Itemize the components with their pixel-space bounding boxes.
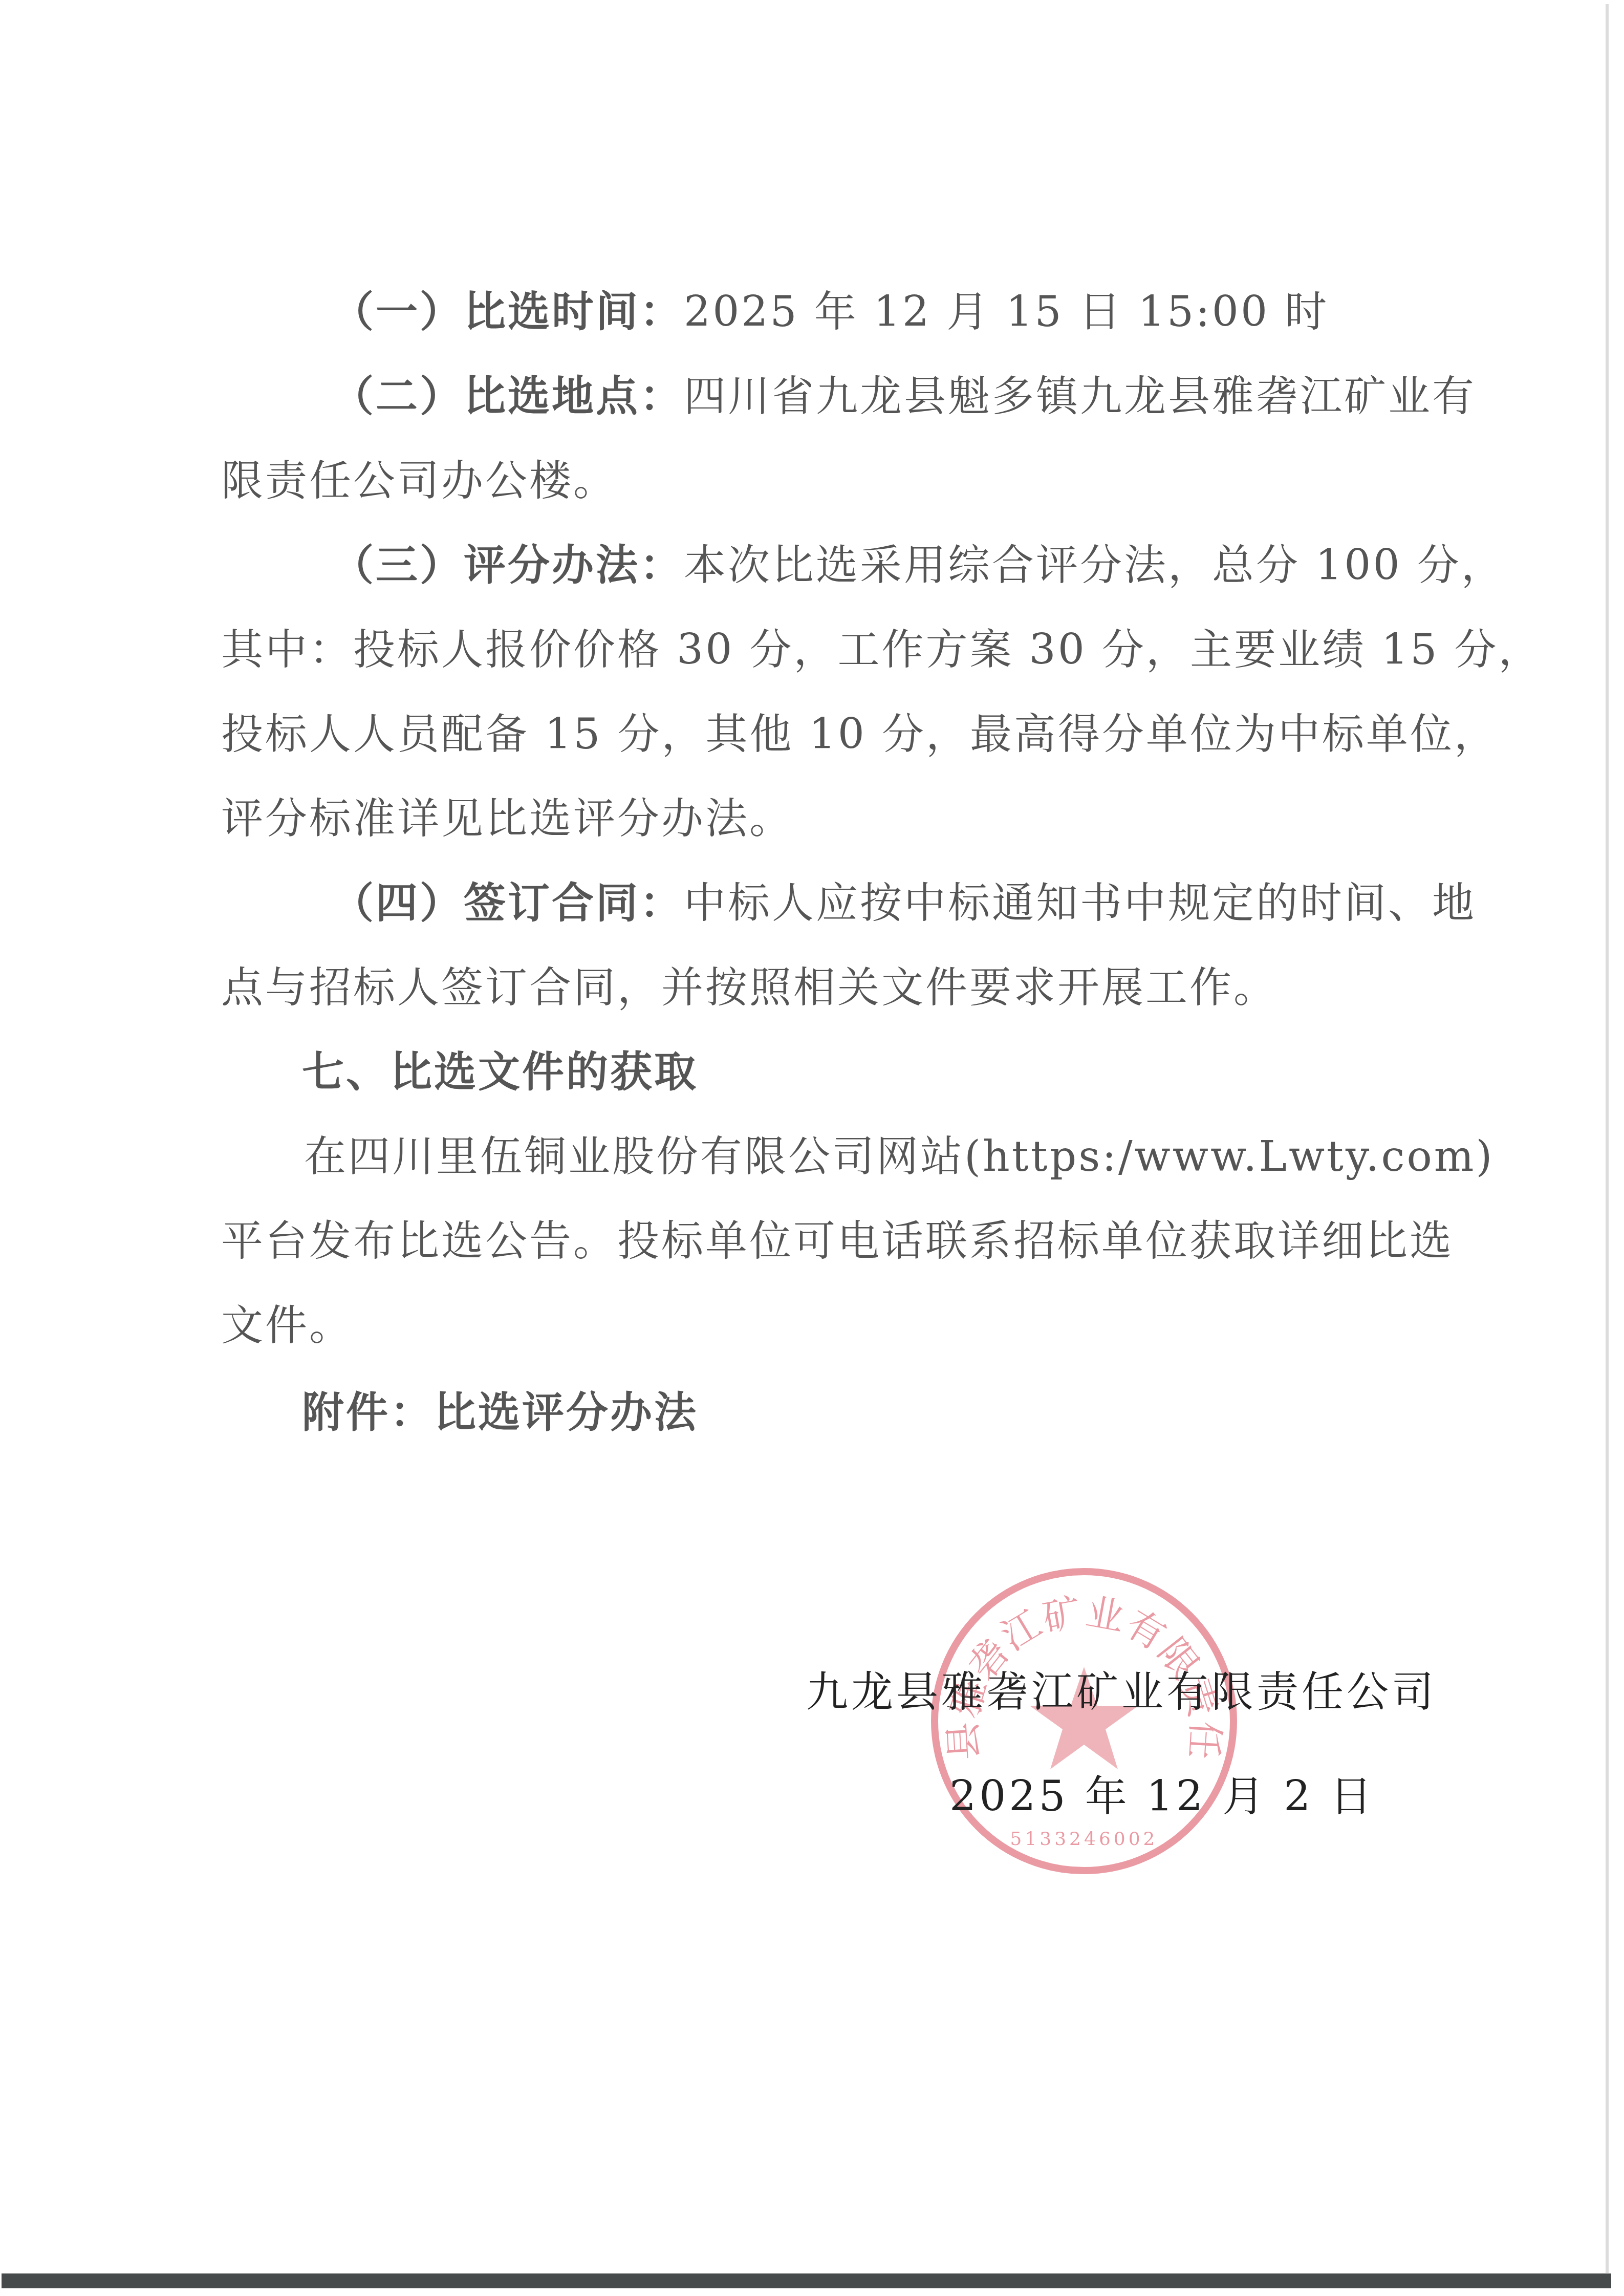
section-heading-7: 七、比选文件的获取 (302, 1048, 1509, 1097)
document-page: （一）比选时间：2025 年 12 月 15 日 15:00 时 （二）比选地点… (0, 0, 1624, 2296)
item-label-scoring: （三）评分办法： (332, 541, 684, 590)
scoring-breakdown-3: 评分标准详见比选评分办法。 (221, 795, 793, 843)
acquisition-text-1: 在四川里伍铜业股份有限公司网站(https:/www.Lwty.com) (304, 1132, 1495, 1181)
paragraph-line-6: 投标人人员配备 15 分，其他 10 分，最高得分单位为中标单位， (221, 710, 1428, 759)
scan-bottom-bar (2, 2273, 1611, 2288)
item-label-contract: （四）签订合同： (332, 879, 684, 928)
paragraph-line-7: 评分标准详见比选评分办法。 (221, 795, 1428, 844)
attachment-heading: 附件：比选评分办法 (302, 1388, 1509, 1437)
paragraph-line-12: 平台发布比选公告。投标单位可电话联系招标单位获取详细比选 (221, 1217, 1428, 1266)
scoring-breakdown-1: 其中：投标人报价价格 30 分，工作方案 30 分，主要业绩 15 分， (221, 626, 1542, 674)
paragraph-line-13: 文件。 (221, 1301, 1428, 1350)
official-seal-stamp: 九龙县雅砻江矿业有限责任公司 5133246002 (926, 1564, 1242, 1880)
item-value-location-cont: 限责任公司办公楼。 (221, 457, 617, 505)
item-value-contract-cont: 点与招标人签订合同，并按照相关文件要求开展工作。 (221, 963, 1277, 1012)
paragraph-line-9: 点与招标人签订合同，并按照相关文件要求开展工作。 (221, 963, 1428, 1013)
item-label-location: （二）比选地点： (332, 372, 684, 421)
item-value-location: 四川省九龙县魁多镇九龙县雅砻江矿业有 (684, 372, 1476, 421)
signature-company: 九龙县雅砻江矿业有限责任公司 (806, 1668, 1437, 1717)
item-value-contract: 中标人应按中标通知书中规定的时间、地 (684, 879, 1476, 928)
paragraph-line-4: （三）评分办法：本次比选采用综合评分法，总分 100 分， (332, 541, 1428, 590)
acquisition-text-2: 平台发布比选公告。投标单位可电话联系招标单位获取详细比选 (221, 1217, 1454, 1265)
paragraph-line-3: 限责任公司办公楼。 (221, 457, 1428, 506)
paragraph-line-1: （一）比选时间：2025 年 12 月 15 日 15:00 时 (332, 288, 1428, 337)
acquisition-text-3: 文件。 (221, 1301, 353, 1350)
item-label-time: （一）比选时间： (332, 288, 684, 336)
signature-date: 2025 年 12 月 2 日 (949, 1772, 1375, 1821)
scan-edge-line (1606, 4, 1609, 2273)
stamp-code: 5133246002 (1010, 1829, 1158, 1850)
paragraph-line-5: 其中：投标人报价价格 30 分，工作方案 30 分，主要业绩 15 分， (221, 626, 1428, 675)
paragraph-line-2: （二）比选地点：四川省九龙县魁多镇九龙县雅砻江矿业有 (332, 372, 1428, 421)
paragraph-line-8: （四）签订合同：中标人应按中标通知书中规定的时间、地 (332, 879, 1428, 928)
item-value-time: 2025 年 12 月 15 日 15:00 时 (684, 288, 1329, 336)
item-value-scoring: 本次比选采用综合评分法，总分 100 分， (684, 541, 1505, 590)
scoring-breakdown-2: 投标人人员配备 15 分，其他 10 分，最高得分单位为中标单位， (221, 710, 1498, 759)
paragraph-line-11: 在四川里伍铜业股份有限公司网站(https:/www.Lwty.com) (304, 1132, 1428, 1182)
